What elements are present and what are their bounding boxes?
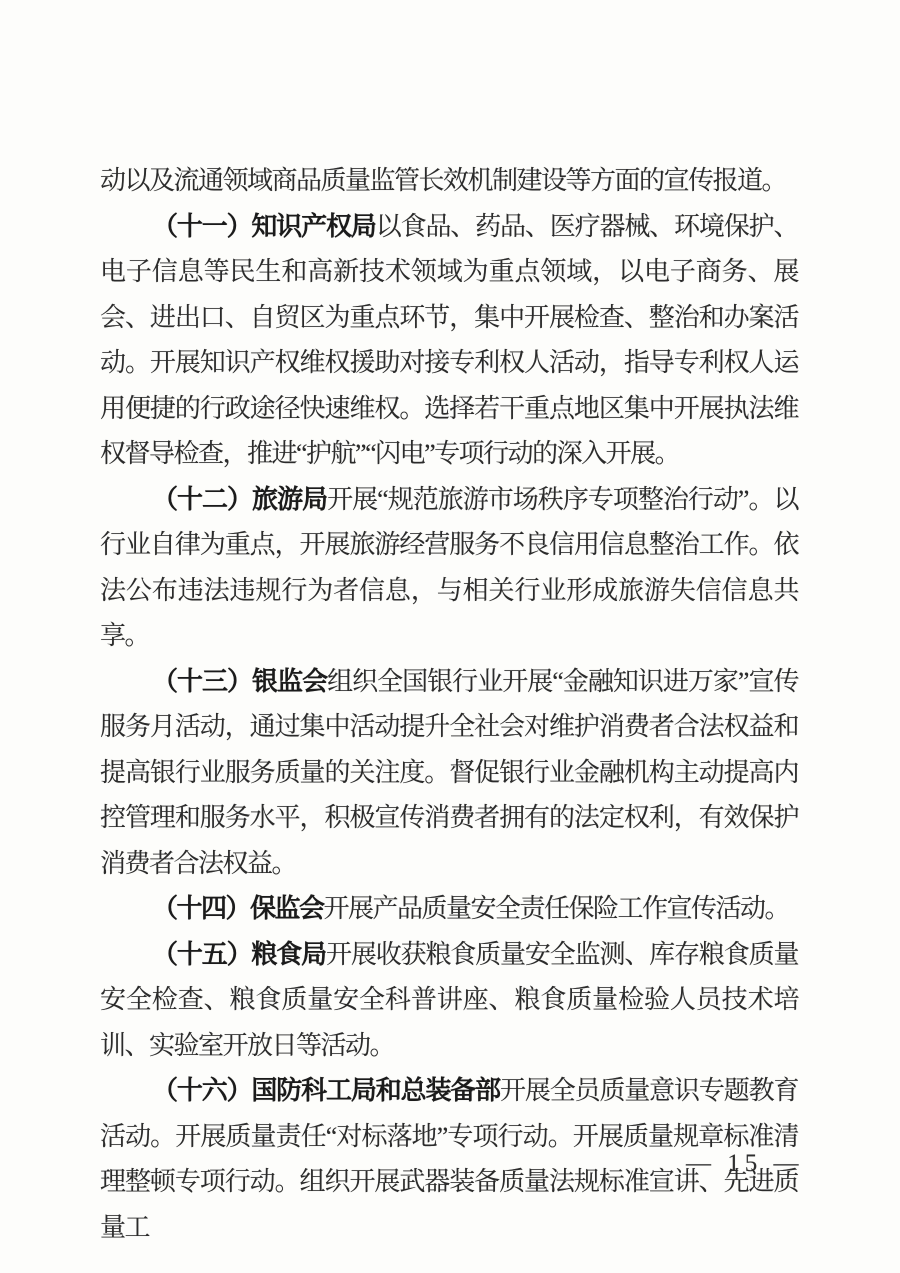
document-body: 动以及流通领域商品质量监管长效机制建设等方面的宣传报道。 （十一）知识产权局以食…	[100, 158, 798, 1250]
section-lead: （十六）国防科工局和总装备部	[152, 1076, 500, 1105]
paragraph: （十三）银监会组织全国银行业开展“金融知识进万家”宣传服务月活动，通过集中活动提…	[100, 659, 798, 887]
paragraph: （十四）保监会开展产品质量安全责任保险工作宣传活动。	[100, 886, 798, 932]
paragraph: （十五）粮食局开展收获粮食质量安全监测、库存粮食质量安全检查、粮食质量安全科普讲…	[100, 932, 798, 1069]
paragraph-text: 动以及流通领域商品质量监管长效机制建设等方面的宣传报道。	[100, 166, 786, 195]
section-lead: （十一）知识产权局	[152, 212, 376, 241]
paragraph: （十一）知识产权局以食品、药品、医疗器械、环境保护、电子信息等民生和高新技术领域…	[100, 204, 798, 477]
page-number: — 15 —	[686, 1150, 804, 1178]
section-lead: （十五）粮食局	[152, 940, 326, 969]
paragraph: 动以及流通领域商品质量监管长效机制建设等方面的宣传报道。	[100, 158, 798, 204]
section-lead: （十三）银监会	[152, 667, 327, 696]
paragraph: （十二）旅游局开展“规范旅游市场秩序专项整治行动”。以行业自律为重点，开展旅游经…	[100, 477, 798, 659]
paragraph-text: 开展产品质量安全责任保险工作宣传活动。	[324, 894, 790, 923]
paragraph-text: 组织全国银行业开展“金融知识进万家”宣传服务月活动，通过集中活动提升全社会对维护…	[100, 667, 798, 878]
paragraph-text: 以食品、药品、医疗器械、环境保护、电子信息等民生和高新技术领域为重点领域，以电子…	[100, 212, 798, 469]
scanned-document-page: 动以及流通领域商品质量监管长效机制建设等方面的宣传报道。 （十一）知识产权局以食…	[0, 0, 900, 1273]
section-lead: （十二）旅游局	[152, 485, 327, 514]
section-lead: （十四）保监会	[152, 894, 324, 923]
